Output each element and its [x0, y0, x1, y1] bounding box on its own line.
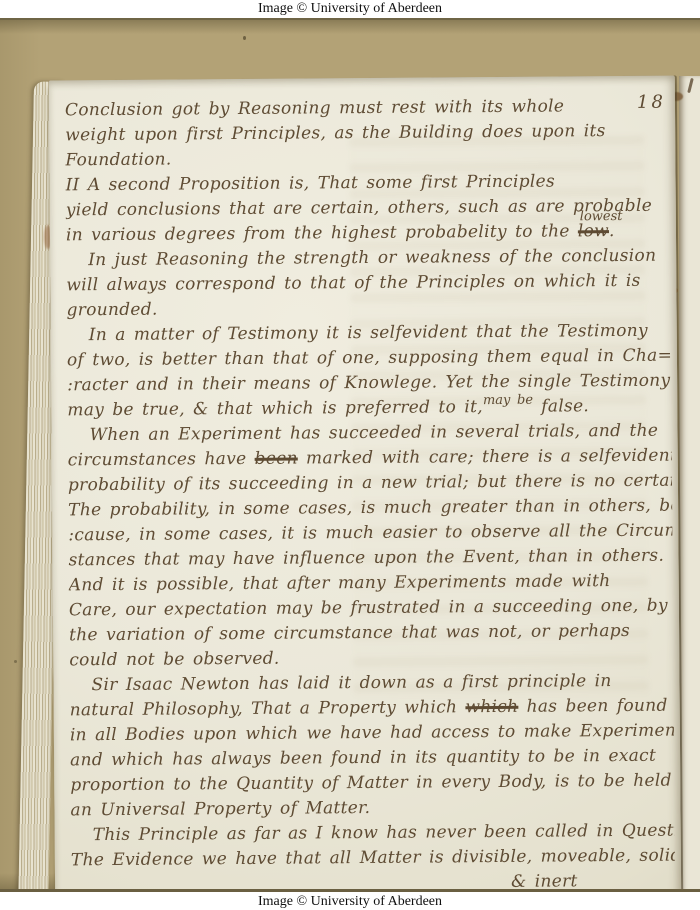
bottom-copyright-caption: Image © University of Aberdeen [0, 892, 700, 910]
inline-correction: lowestlow [578, 221, 609, 241]
dust-speck [243, 36, 246, 40]
manuscript-line: & inert [71, 871, 675, 892]
next-page-sliver [679, 76, 700, 892]
manuscript-text: Conclusion got by Reasoning must rest wi… [65, 96, 675, 892]
manuscript-page: 18 Conclusion got by Reasoning must rest… [49, 76, 681, 892]
scan-background: 18 Conclusion got by Reasoning must rest… [0, 18, 700, 892]
dust-speck [14, 660, 17, 663]
top-copyright-caption: Image © University of Aberdeen [0, 0, 700, 18]
